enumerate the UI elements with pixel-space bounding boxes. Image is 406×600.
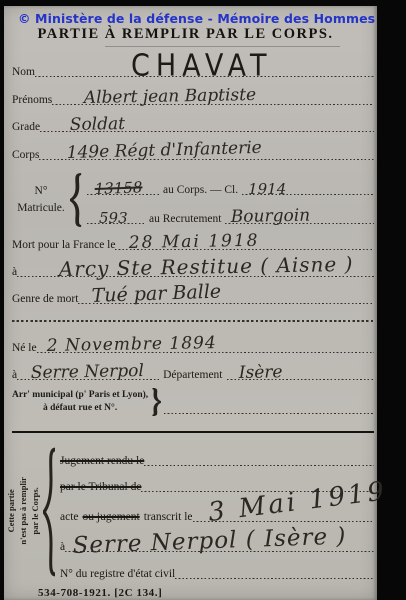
field-row-genre-mort: Genre de mort Tué par Balle	[12, 280, 374, 307]
field-label-grade: Grade	[12, 121, 40, 135]
side-note-line1: Cette partie	[6, 489, 16, 532]
matricule-rows: 13158 au Corps. — Cl. 1914 593 au Recrut…	[83, 173, 374, 227]
dotted-line: Arcy Ste Restitue ( Aisne )	[17, 253, 374, 280]
section-divider-solid	[12, 431, 374, 433]
field-value-lieu-naissance: Serre Nerpol	[31, 363, 144, 382]
matricule-row-recrutement: 593 au Recrutement Bourgoin	[87, 202, 374, 227]
matricule-label: N° Matricule.	[12, 173, 70, 227]
dotted-line: 2 Novembre 1894	[37, 330, 374, 356]
section-divider-dotted	[12, 320, 374, 322]
dotted-line: Bourgoin	[225, 202, 374, 227]
field-row-nom: Nom CHAVAT	[12, 48, 374, 80]
watermark-text: © Ministère de la défense - Mémoire des …	[18, 11, 375, 26]
print-reference-code: 534-708-1921. [2C 134.]	[38, 587, 374, 599]
field-value-prenoms: Albert jean Baptiste	[84, 87, 257, 107]
matricule-recrutement-number: 593	[99, 211, 128, 226]
field-label-jugement: Jugement rendu le	[60, 455, 144, 469]
dotted-line: 593	[87, 202, 145, 227]
matricule-block: N° Matricule. 13158 au Corps. — Cl. 1914	[12, 173, 374, 227]
field-row-prenoms: Prénoms Albert jean Baptiste	[12, 80, 374, 108]
field-value-corps: 149e Régt d'Infanterie	[67, 140, 262, 162]
form-title: PARTIE À REMPLIR PAR LE CORPS.	[4, 26, 367, 43]
field-row-transcription: acte ou jugement transcrit le 3 Mai 1919	[60, 495, 374, 525]
matricule-label-line2: Matricule.	[12, 200, 70, 217]
field-row-lieu-naissance: à Serre Nerpol Département Isère	[12, 356, 374, 383]
dotted-line: Soldat	[40, 108, 374, 135]
dotted-line: 1914	[242, 173, 312, 198]
field-row-corps: Corps 149e Régt d'Infanterie	[12, 135, 374, 163]
field-value-genre-mort: Tué par Balle	[92, 282, 222, 306]
field-value-nom: CHAVAT	[131, 51, 273, 81]
field-row-mort: Mort pour la France le 28 Mai 1918	[12, 227, 374, 253]
dotted-line: Isère	[227, 356, 375, 383]
matricule-row-corps: 13158 au Corps. — Cl. 1914	[87, 173, 374, 198]
field-value-departement: Isère	[238, 364, 282, 382]
pencil-mark	[105, 46, 340, 47]
matricule-corps-number: 13158	[94, 180, 142, 197]
field-label-acte-struck: ou jugement	[79, 511, 140, 525]
brace-right-icon	[151, 388, 161, 416]
dotted-line: Tué par Balle	[78, 280, 374, 307]
field-value-lieu-mort: Arcy Ste Restitue ( Aisne )	[59, 254, 354, 279]
field-label-corps: Corps	[12, 149, 39, 163]
field-value-transcription-lieu: Serre Nerpol ( Isère )	[72, 525, 347, 558]
arrondissement-label-line1: Arr' municipal (p' Paris et Lyon),	[12, 390, 148, 400]
brace-left-icon	[43, 447, 57, 577]
field-row-arrondissement: Arr' municipal (p' Paris et Lyon), à déf…	[12, 387, 374, 417]
field-label-prenoms: Prénoms	[12, 94, 52, 108]
transcription-block: Cette partie n'est pas à remplir par le …	[12, 443, 374, 582]
dotted-line: 149e Régt d'Infanterie	[39, 135, 374, 163]
field-label-registre: N° du registre d'état civil	[60, 568, 175, 582]
field-label-tribunal: par le Tribunal de	[60, 481, 141, 495]
dotted-line: 13158	[87, 173, 159, 198]
matricule-label-line1: N°	[12, 183, 70, 200]
field-label-genre-mort: Genre de mort	[12, 293, 78, 307]
dotted-line	[164, 395, 374, 417]
field-row-jugement: Jugement rendu le	[60, 443, 374, 469]
dotted-line: Albert jean Baptiste	[52, 80, 374, 108]
dotted-line: Serre Nerpol	[17, 356, 159, 383]
field-label-nom: Nom	[12, 66, 35, 80]
arrondissement-label: Arr' municipal (p' Paris et Lyon), à déf…	[12, 389, 148, 415]
field-row-transcription-lieu: à Serre Nerpol ( Isère )	[60, 525, 374, 555]
dotted-line	[312, 173, 374, 198]
arrondissement-label-line2: à défaut rue et N°.	[43, 403, 117, 413]
dotted-line: CHAVAT	[35, 48, 374, 80]
dotted-line	[144, 443, 374, 469]
field-label-acte-suffix: transcrit le	[140, 511, 193, 525]
dotted-line	[175, 555, 374, 582]
field-label-mort: Mort pour la France le	[12, 239, 115, 253]
field-value-naissance-date: 2 Novembre 1894	[46, 335, 216, 355]
field-value-grade: Soldat	[70, 116, 125, 134]
field-label-naissance: Né le	[12, 342, 37, 356]
brace-left-icon	[70, 173, 83, 227]
side-note-rotated: Cette partie n'est pas à remplir par le …	[6, 451, 42, 571]
field-value-mort-date: 28 Mai 1918	[129, 233, 260, 252]
field-row-grade: Grade Soldat	[12, 108, 374, 135]
field-row-lieu-mort: à Arcy Ste Restitue ( Aisne )	[12, 253, 374, 280]
dotted-line: 28 Mai 1918	[115, 227, 374, 253]
dotted-line: Serre Nerpol ( Isère )	[65, 525, 374, 555]
side-note-line3: par le Corps.	[30, 487, 40, 534]
field-label-acte: acte	[60, 511, 79, 525]
field-label-departement: Département	[159, 369, 226, 383]
matricule-corps-suffix: au Corps. — Cl.	[159, 184, 242, 198]
scanned-form-page: © Ministère de la défense - Mémoire des …	[4, 6, 377, 600]
field-row-naissance: Né le 2 Novembre 1894	[12, 330, 374, 356]
field-row-registre: N° du registre d'état civil	[60, 555, 374, 582]
matricule-classe: 1914	[248, 182, 286, 197]
form-body: Nom CHAVAT Prénoms Albert jean Baptiste …	[12, 44, 374, 599]
side-note-line2: n'est pas à remplir	[18, 477, 28, 545]
matricule-recrutement-suffix: au Recrutement	[145, 213, 225, 227]
matricule-bureau: Bourgoin	[231, 208, 311, 226]
